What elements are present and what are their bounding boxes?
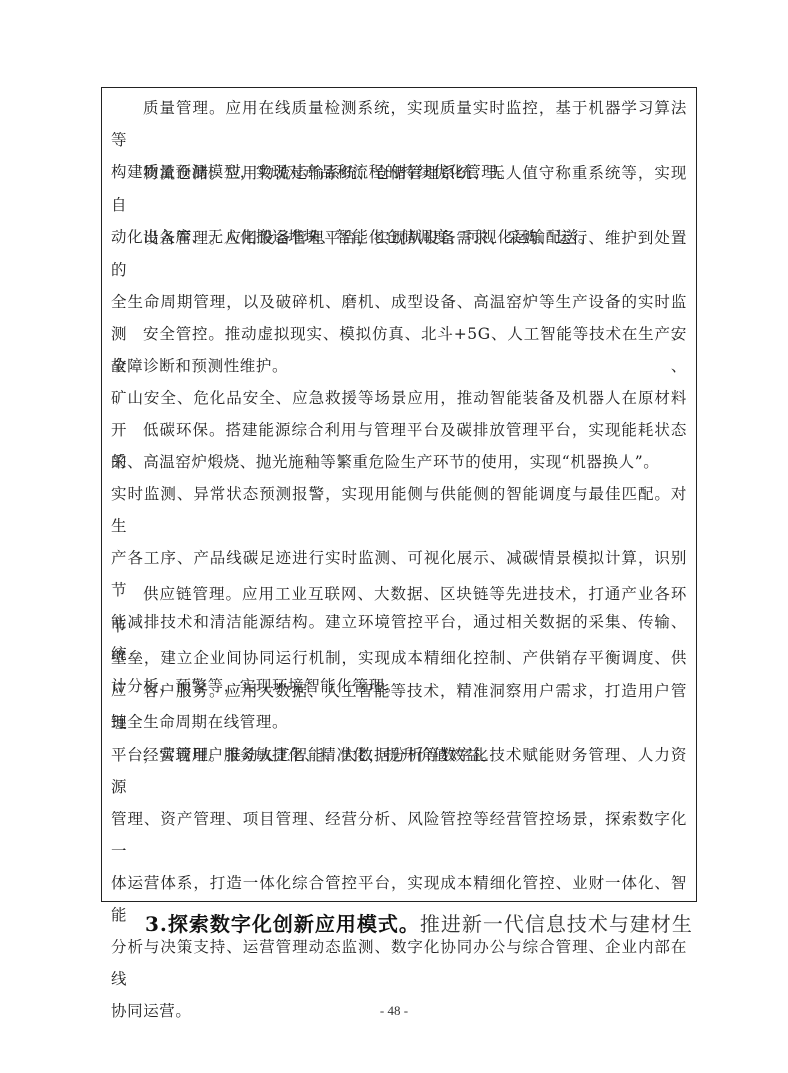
text-line: 质量管理。应用在线质量检测系统，实现质量实时监控，基于机器学习算法等 <box>111 92 687 156</box>
text-line: 客户服务。应用大数据、人工智能等技术，精准洞察用户需求，打造用户管理 <box>111 675 687 739</box>
section-heading-text: 推进新一代信息技术与建材生 <box>420 912 693 936</box>
text-line: 物流仓储。应用物流运输系统、仓储管理系统、无人值守称重系统等，实现自 <box>111 157 687 221</box>
section-heading-bold: 3.探索数字化创新应用模式。 <box>145 912 420 936</box>
text-line: 安全管控。推动虚拟现实、模拟仿真、北斗+5G、人工智能等技术在生产安全、 <box>111 318 687 382</box>
paragraph-operations-management: 经营管理。推动人工智能、大数据分析等数字化技术赋能财务管理、人力资源 管理、资产… <box>111 739 687 1027</box>
text-line: 设备管理。应用设备管理平台，实现从设备需求、采购、运行、维护到处置的 <box>111 222 687 286</box>
text-line: 低碳环保。搭建能源综合利用与管理平台及碳排放管理平台，实现能耗状态的 <box>111 414 687 478</box>
text-line: 供应链管理。应用工业互联网、大数据、区块链等先进技术，打通产业各环节 <box>111 578 687 642</box>
section-heading: 3.探索数字化创新应用模式。推进新一代信息技术与建材生 <box>145 906 693 942</box>
text-line: 经营管理。推动人工智能、大数据分析等数字化技术赋能财务管理、人力资源 <box>111 739 687 803</box>
text-line: 实时监测、异常状态预测报警，实现用能侧与供能侧的智能调度与最佳匹配。对生 <box>111 478 687 542</box>
page-number: - 48 - <box>0 1003 788 1019</box>
text-box: 质量管理。应用在线质量检测系统，实现质量实时监控，基于机器学习算法等 构建质量预… <box>101 87 697 902</box>
text-line: 管理、资产管理、项目管理、经营分析、风险管控等经营管控场景，探索数字化一 <box>111 803 687 867</box>
